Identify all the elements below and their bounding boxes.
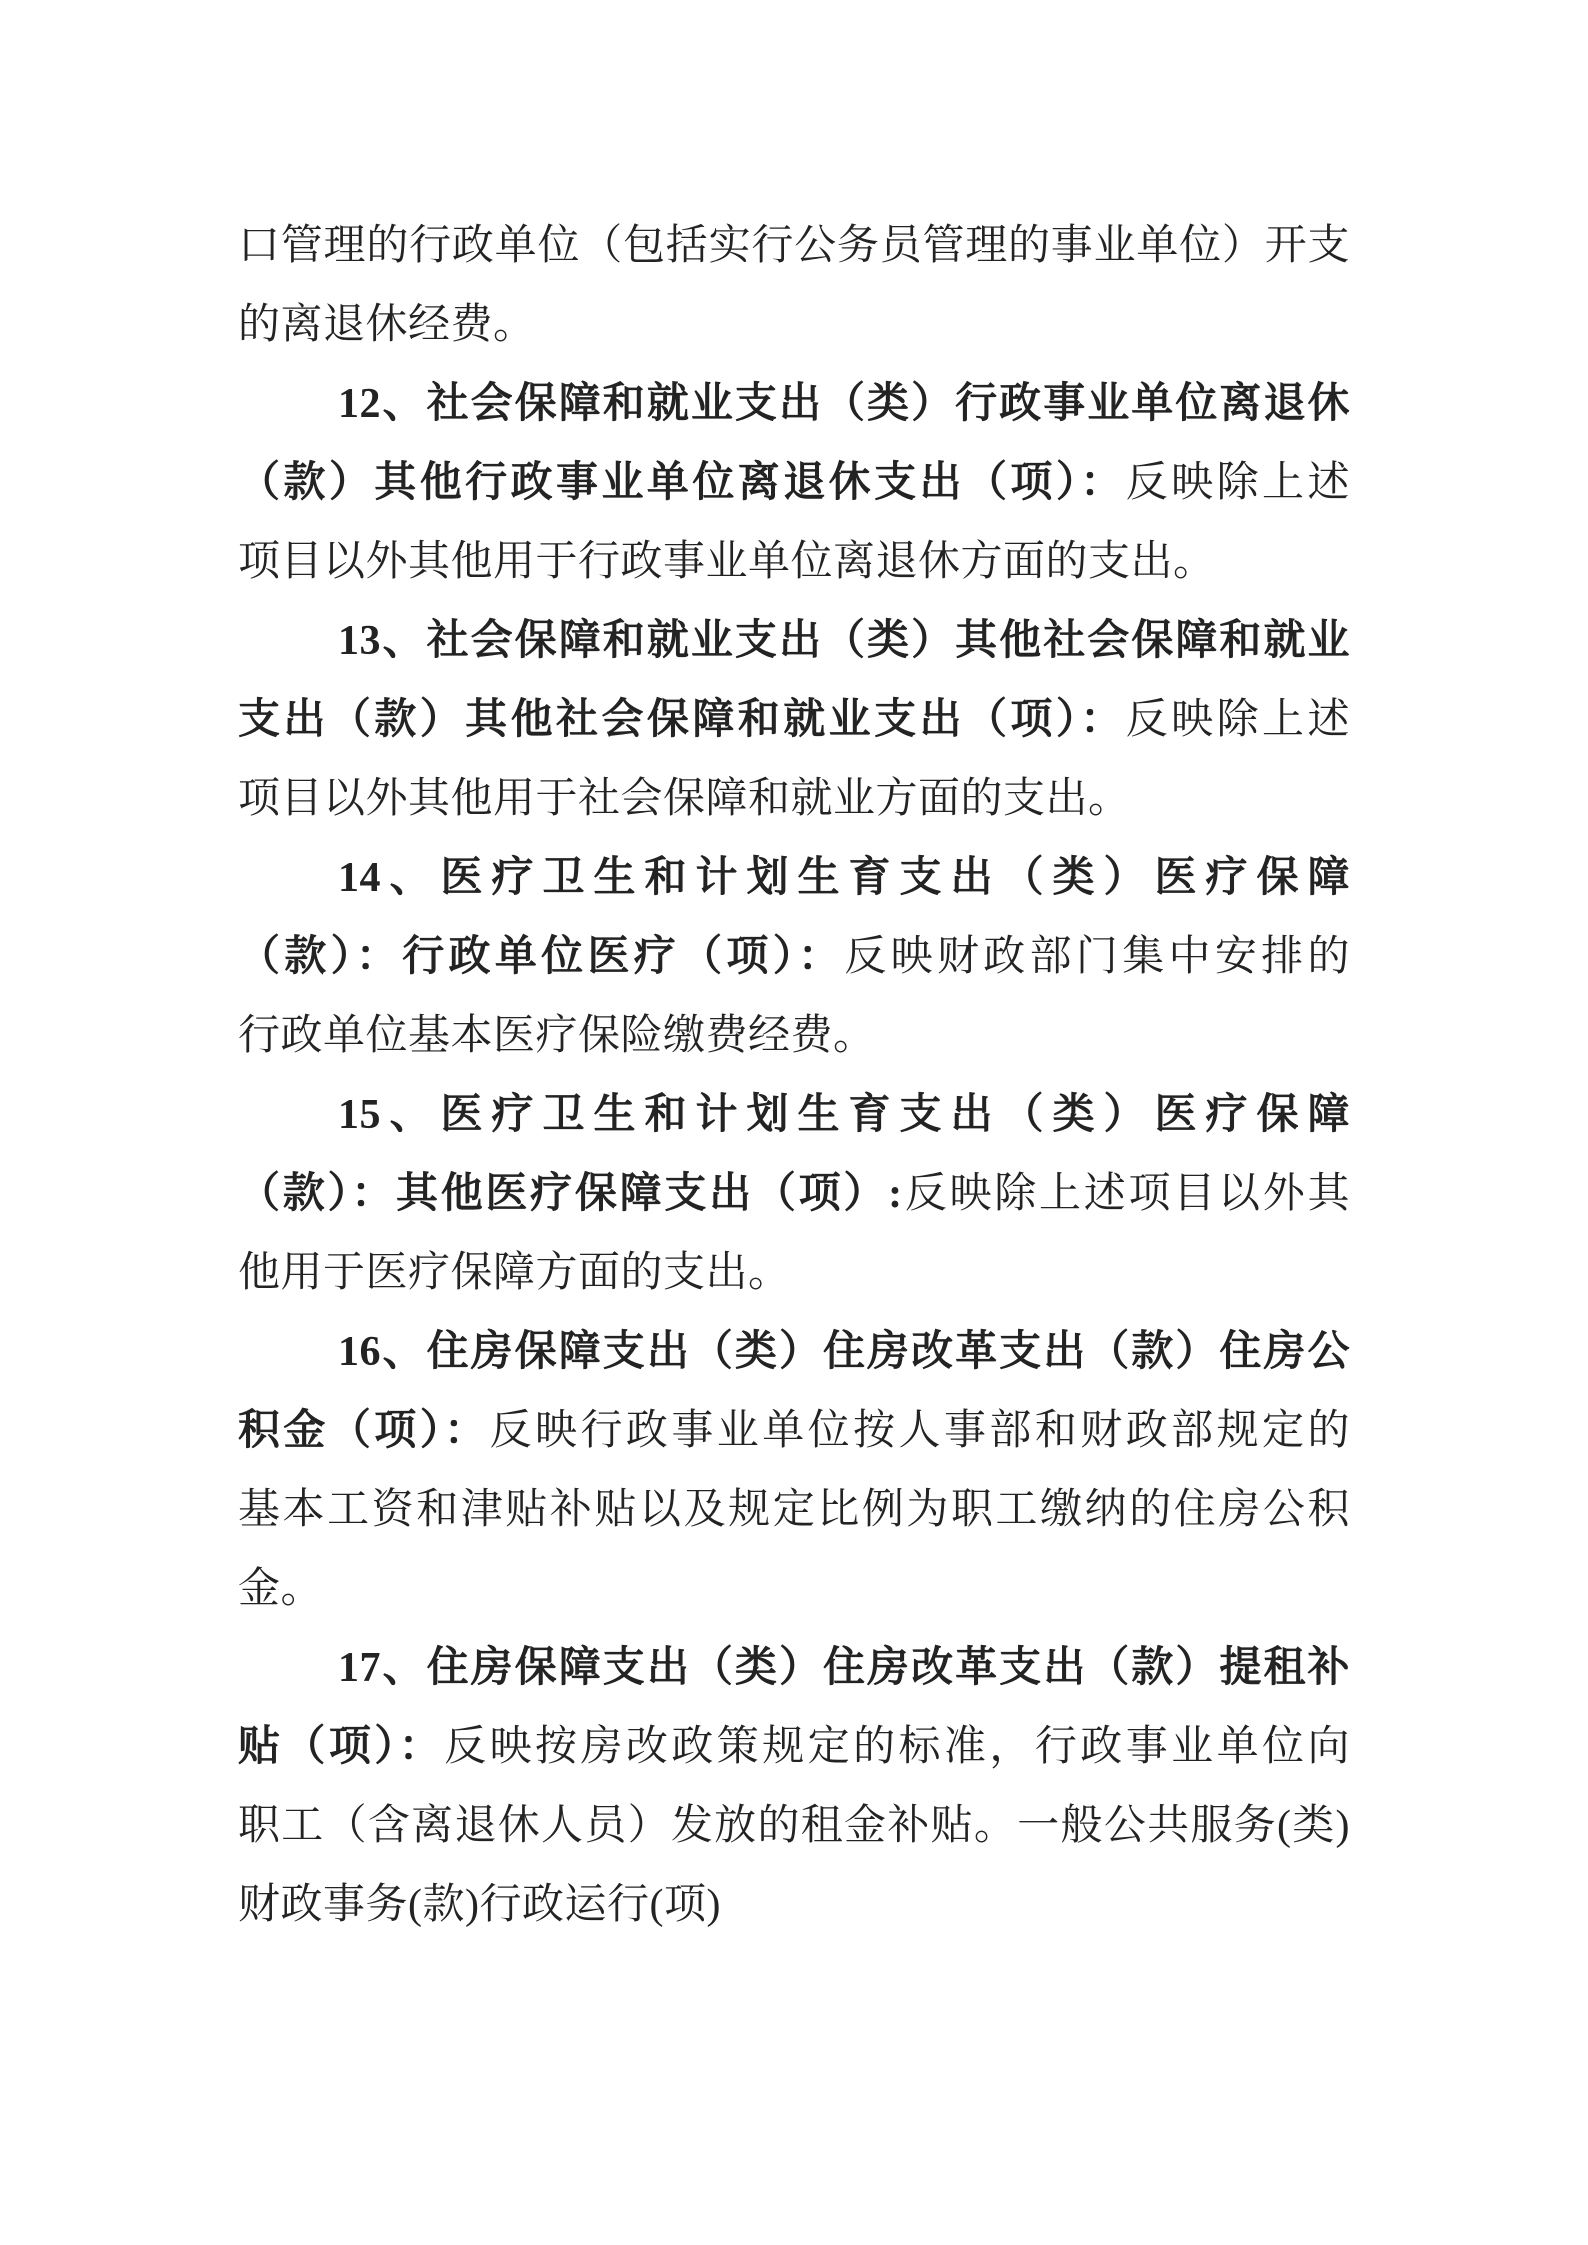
text-line: 口管理的行政单位（包括实行公务员管理的事业单位）开支 [238,207,1350,286]
text-line: 支出（款）其他社会保障和就业支出（项）：反映除上述 [238,681,1350,760]
text-line: 12、社会保障和就业支出（类）行政事业单位离退休 [238,365,1350,444]
category-heading-segment: （款）：其他医疗保障支出（项）: [238,1171,903,1217]
body-text-segment: 口管理的行政单位（包括实行公务员管理的事业单位）开支 [238,223,1350,269]
body-text-segment: 的离退休经费。 [238,302,536,348]
body-text-segment: 行政单位基本医疗保险缴费经费。 [238,1013,876,1059]
text-block: 口管理的行政单位（包括实行公务员管理的事业单位）开支的离退休经费。12、社会保障… [238,207,1350,1945]
body-text-segment: 反映除上述项目以外其 [903,1171,1350,1217]
body-text-segment: 反映除上述 [1126,460,1350,506]
text-line: 基本工资和津贴补贴以及规定比例为职工缴纳的住房公积 [238,1471,1350,1550]
text-line: 17、住房保障支出（类）住房改革支出（款）提租补 [238,1629,1350,1708]
text-line: 行政单位基本医疗保险缴费经费。 [238,997,1350,1076]
category-heading-segment: （款）其他行政事业单位离退休支出（项）： [238,460,1126,506]
body-text-segment: 项目以外其他用于行政事业单位离退休方面的支出。 [238,539,1216,585]
body-text-segment: 财政事务(款)行政运行(项) [238,1882,721,1928]
category-heading-segment: 16、住房保障支出（类）住房改革支出（款）住房公 [338,1329,1350,1375]
text-line: 15、医疗卫生和计划生育支出（类）医疗保障 [238,1076,1350,1155]
category-heading-segment: 17、住房保障支出（类）住房改革支出（款）提租补 [338,1645,1350,1691]
category-heading-segment: 支出（款）其他社会保障和就业支出（项）： [238,697,1126,743]
text-line: 贴（项）：反映按房改政策规定的标准，行政事业单位向 [238,1708,1350,1787]
body-text-segment: 反映行政事业单位按人事部和财政部规定的 [490,1408,1350,1454]
text-line: 职工（含离退休人员）发放的租金补贴。一般公共服务(类) [238,1787,1350,1866]
text-line: （款）：行政单位医疗（项）：反映财政部门集中安排的 [238,918,1350,997]
text-line: 16、住房保障支出（类）住房改革支出（款）住房公 [238,1313,1350,1392]
document-page: 口管理的行政单位（包括实行公务员管理的事业单位）开支的离退休经费。12、社会保障… [0,0,1588,2245]
text-line: 项目以外其他用于行政事业单位离退休方面的支出。 [238,523,1350,602]
text-line: （款）其他行政事业单位离退休支出（项）：反映除上述 [238,444,1350,523]
text-line: 金。 [238,1550,1350,1629]
text-line: 财政事务(款)行政运行(项) [238,1866,1350,1945]
body-text-segment: 反映除上述 [1126,697,1350,743]
text-line: 项目以外其他用于社会保障和就业方面的支出。 [238,760,1350,839]
body-text-segment: 项目以外其他用于社会保障和就业方面的支出。 [238,776,1131,822]
category-heading-segment: 15、医疗卫生和计划生育支出（类）医疗保障 [338,1092,1350,1138]
category-heading-segment: （款）：行政单位医疗（项）： [238,934,844,980]
text-line: （款）：其他医疗保障支出（项）:反映除上述项目以外其 [238,1155,1350,1234]
text-line: 的离退休经费。 [238,286,1350,365]
body-text-segment: 基本工资和津贴补贴以及规定比例为职工缴纳的住房公积 [238,1487,1350,1533]
body-text-segment: 金。 [238,1566,323,1612]
category-heading-segment: 12、社会保障和就业支出（类）行政事业单位离退休 [338,381,1350,427]
category-heading-segment: 积金（项）： [238,1408,490,1454]
text-line: 积金（项）：反映行政事业单位按人事部和财政部规定的 [238,1392,1350,1471]
category-heading-segment: 13、社会保障和就业支出（类）其他社会保障和就业 [338,618,1350,664]
text-line: 他用于医疗保障方面的支出。 [238,1234,1350,1313]
text-line: 14、医疗卫生和计划生育支出（类）医疗保障 [238,839,1350,918]
text-line: 13、社会保障和就业支出（类）其他社会保障和就业 [238,602,1350,681]
body-text-segment: 反映按房改政策规定的标准，行政事业单位向 [444,1724,1350,1770]
body-text-segment: 职工（含离退休人员）发放的租金补贴。一般公共服务(类) [238,1803,1350,1849]
body-text-segment: 反映财政部门集中安排的 [844,934,1350,980]
body-text-segment: 他用于医疗保障方面的支出。 [238,1250,791,1296]
category-heading-segment: 14、医疗卫生和计划生育支出（类）医疗保障 [338,855,1350,901]
category-heading-segment: 贴（项）： [238,1724,444,1770]
